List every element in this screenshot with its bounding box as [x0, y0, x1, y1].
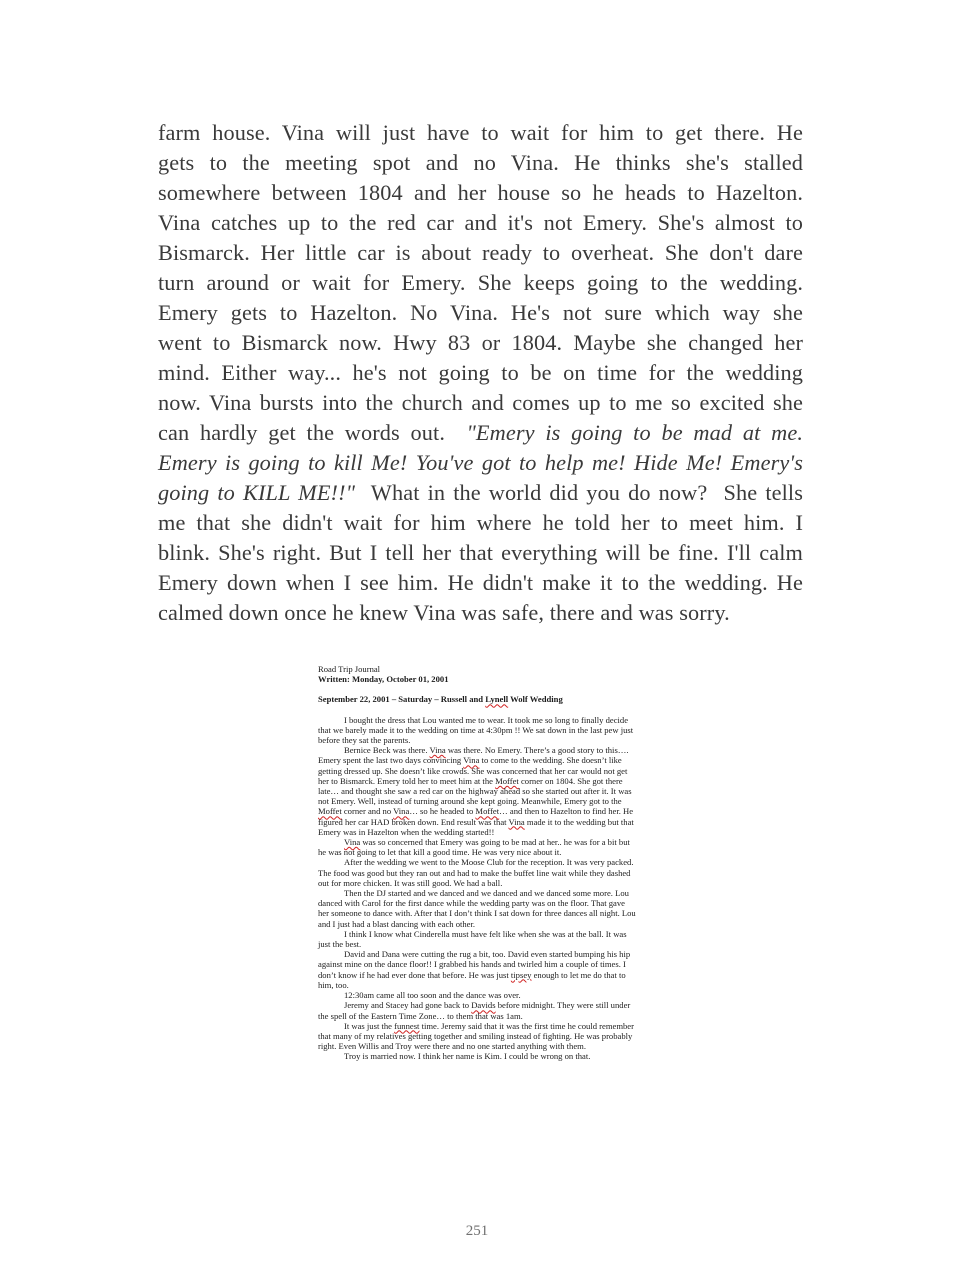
spellcheck-word: Vina — [509, 817, 525, 827]
text-line-quote-end: going to KILL ME!!" What in the world di… — [158, 478, 803, 508]
journal-paragraph: I think I know what Cinderella must have… — [318, 929, 636, 949]
spellcheck-word: funnest — [394, 1021, 419, 1031]
heading-text: September 22, 2001 – Saturday – Russell … — [318, 694, 485, 704]
journal-paragraph: Vina was so concerned that Emery was goi… — [318, 837, 636, 857]
page-number: 251 — [0, 1223, 954, 1240]
journal-paragraph: It was just the funnest time. Jeremy sai… — [318, 1021, 636, 1052]
journal-paragraph: Troy is married now. I think her name is… — [318, 1051, 636, 1061]
spellcheck-word: Vina — [393, 806, 409, 816]
entry-heading: September 22, 2001 – Saturday – Russell … — [318, 694, 636, 704]
plain-text: can hardly get the words out. — [158, 420, 466, 445]
text-line: farm house. Vina will just have to wait … — [158, 118, 803, 148]
quote-text: Emery is going to kill Me! You've got to… — [158, 450, 803, 475]
journal-paragraph: I bought the dress that Lou wanted me to… — [318, 715, 636, 746]
embedded-journal-image: Road Trip Journal Written: Monday, Octob… — [318, 664, 636, 1062]
text-line: Emery gets to Hazelton. No Vina. He's no… — [158, 298, 803, 328]
journal-paragraph: Bernice Beck was there. Vina was there. … — [318, 745, 636, 837]
spellcheck-word: Moffet — [318, 806, 342, 816]
text-line: somewhere between 1804 and her house so … — [158, 178, 803, 208]
text-line: Emery down when I see him. He didn't mak… — [158, 568, 803, 598]
spellcheck-word: Vina — [344, 837, 360, 847]
main-body-text: farm house. Vina will just have to wait … — [158, 118, 803, 628]
spellcheck-word: Moffet — [475, 806, 499, 816]
plain-text: What in the world did you do now? She te… — [355, 480, 803, 505]
spellcheck-word: Vina — [463, 755, 479, 765]
quote-text: going to KILL ME!!" — [158, 480, 355, 505]
heading-text: Wolf Wedding — [508, 694, 563, 704]
document-page: farm house. Vina will just have to wait … — [0, 0, 954, 1276]
journal-paragraph: Jeremy and Stacey had gone back to David… — [318, 1000, 636, 1020]
text-line-quote-start: can hardly get the words out. "Emery is … — [158, 418, 803, 448]
text-line: turn around or wait for Emery. She keeps… — [158, 268, 803, 298]
text-line: calmed down once he knew Vina was safe, … — [158, 598, 803, 628]
text-line: mind. Either way... he's not going to be… — [158, 358, 803, 388]
text-line-quote: Emery is going to kill Me! You've got to… — [158, 448, 803, 478]
journal-paragraph: Then the DJ started and we danced and we… — [318, 888, 636, 929]
spellcheck-word: tipsey — [511, 970, 532, 980]
written-date: Written: Monday, October 01, 2001 — [318, 674, 636, 684]
spellcheck-word: Lynell — [485, 694, 508, 704]
journal-paragraph: 12:30am came all too soon and the dance … — [318, 990, 636, 1000]
journal-title: Road Trip Journal — [318, 664, 636, 674]
text-line: gets to the meeting spot and no Vina. He… — [158, 148, 803, 178]
text-line: went to Bismarck now. Hwy 83 or 1804. Ma… — [158, 328, 803, 358]
spellcheck-word: Moffet — [495, 776, 519, 786]
text-line: blink. She's right. But I tell her that … — [158, 538, 803, 568]
text-line: me that she didn't wait for him where he… — [158, 508, 803, 538]
journal-paragraph: David and Dana were cutting the rug a bi… — [318, 949, 636, 990]
text-line: Vina catches up to the red car and it's … — [158, 208, 803, 238]
quote-text: "Emery is going to be mad at me. — [466, 420, 803, 445]
spellcheck-word: Davids — [471, 1000, 495, 1010]
text-line: now. Vina bursts into the church and com… — [158, 388, 803, 418]
journal-paragraph: After the wedding we went to the Moose C… — [318, 857, 636, 888]
spellcheck-word: Vina — [430, 745, 446, 755]
text-line: Bismarck. Her little car is about ready … — [158, 238, 803, 268]
